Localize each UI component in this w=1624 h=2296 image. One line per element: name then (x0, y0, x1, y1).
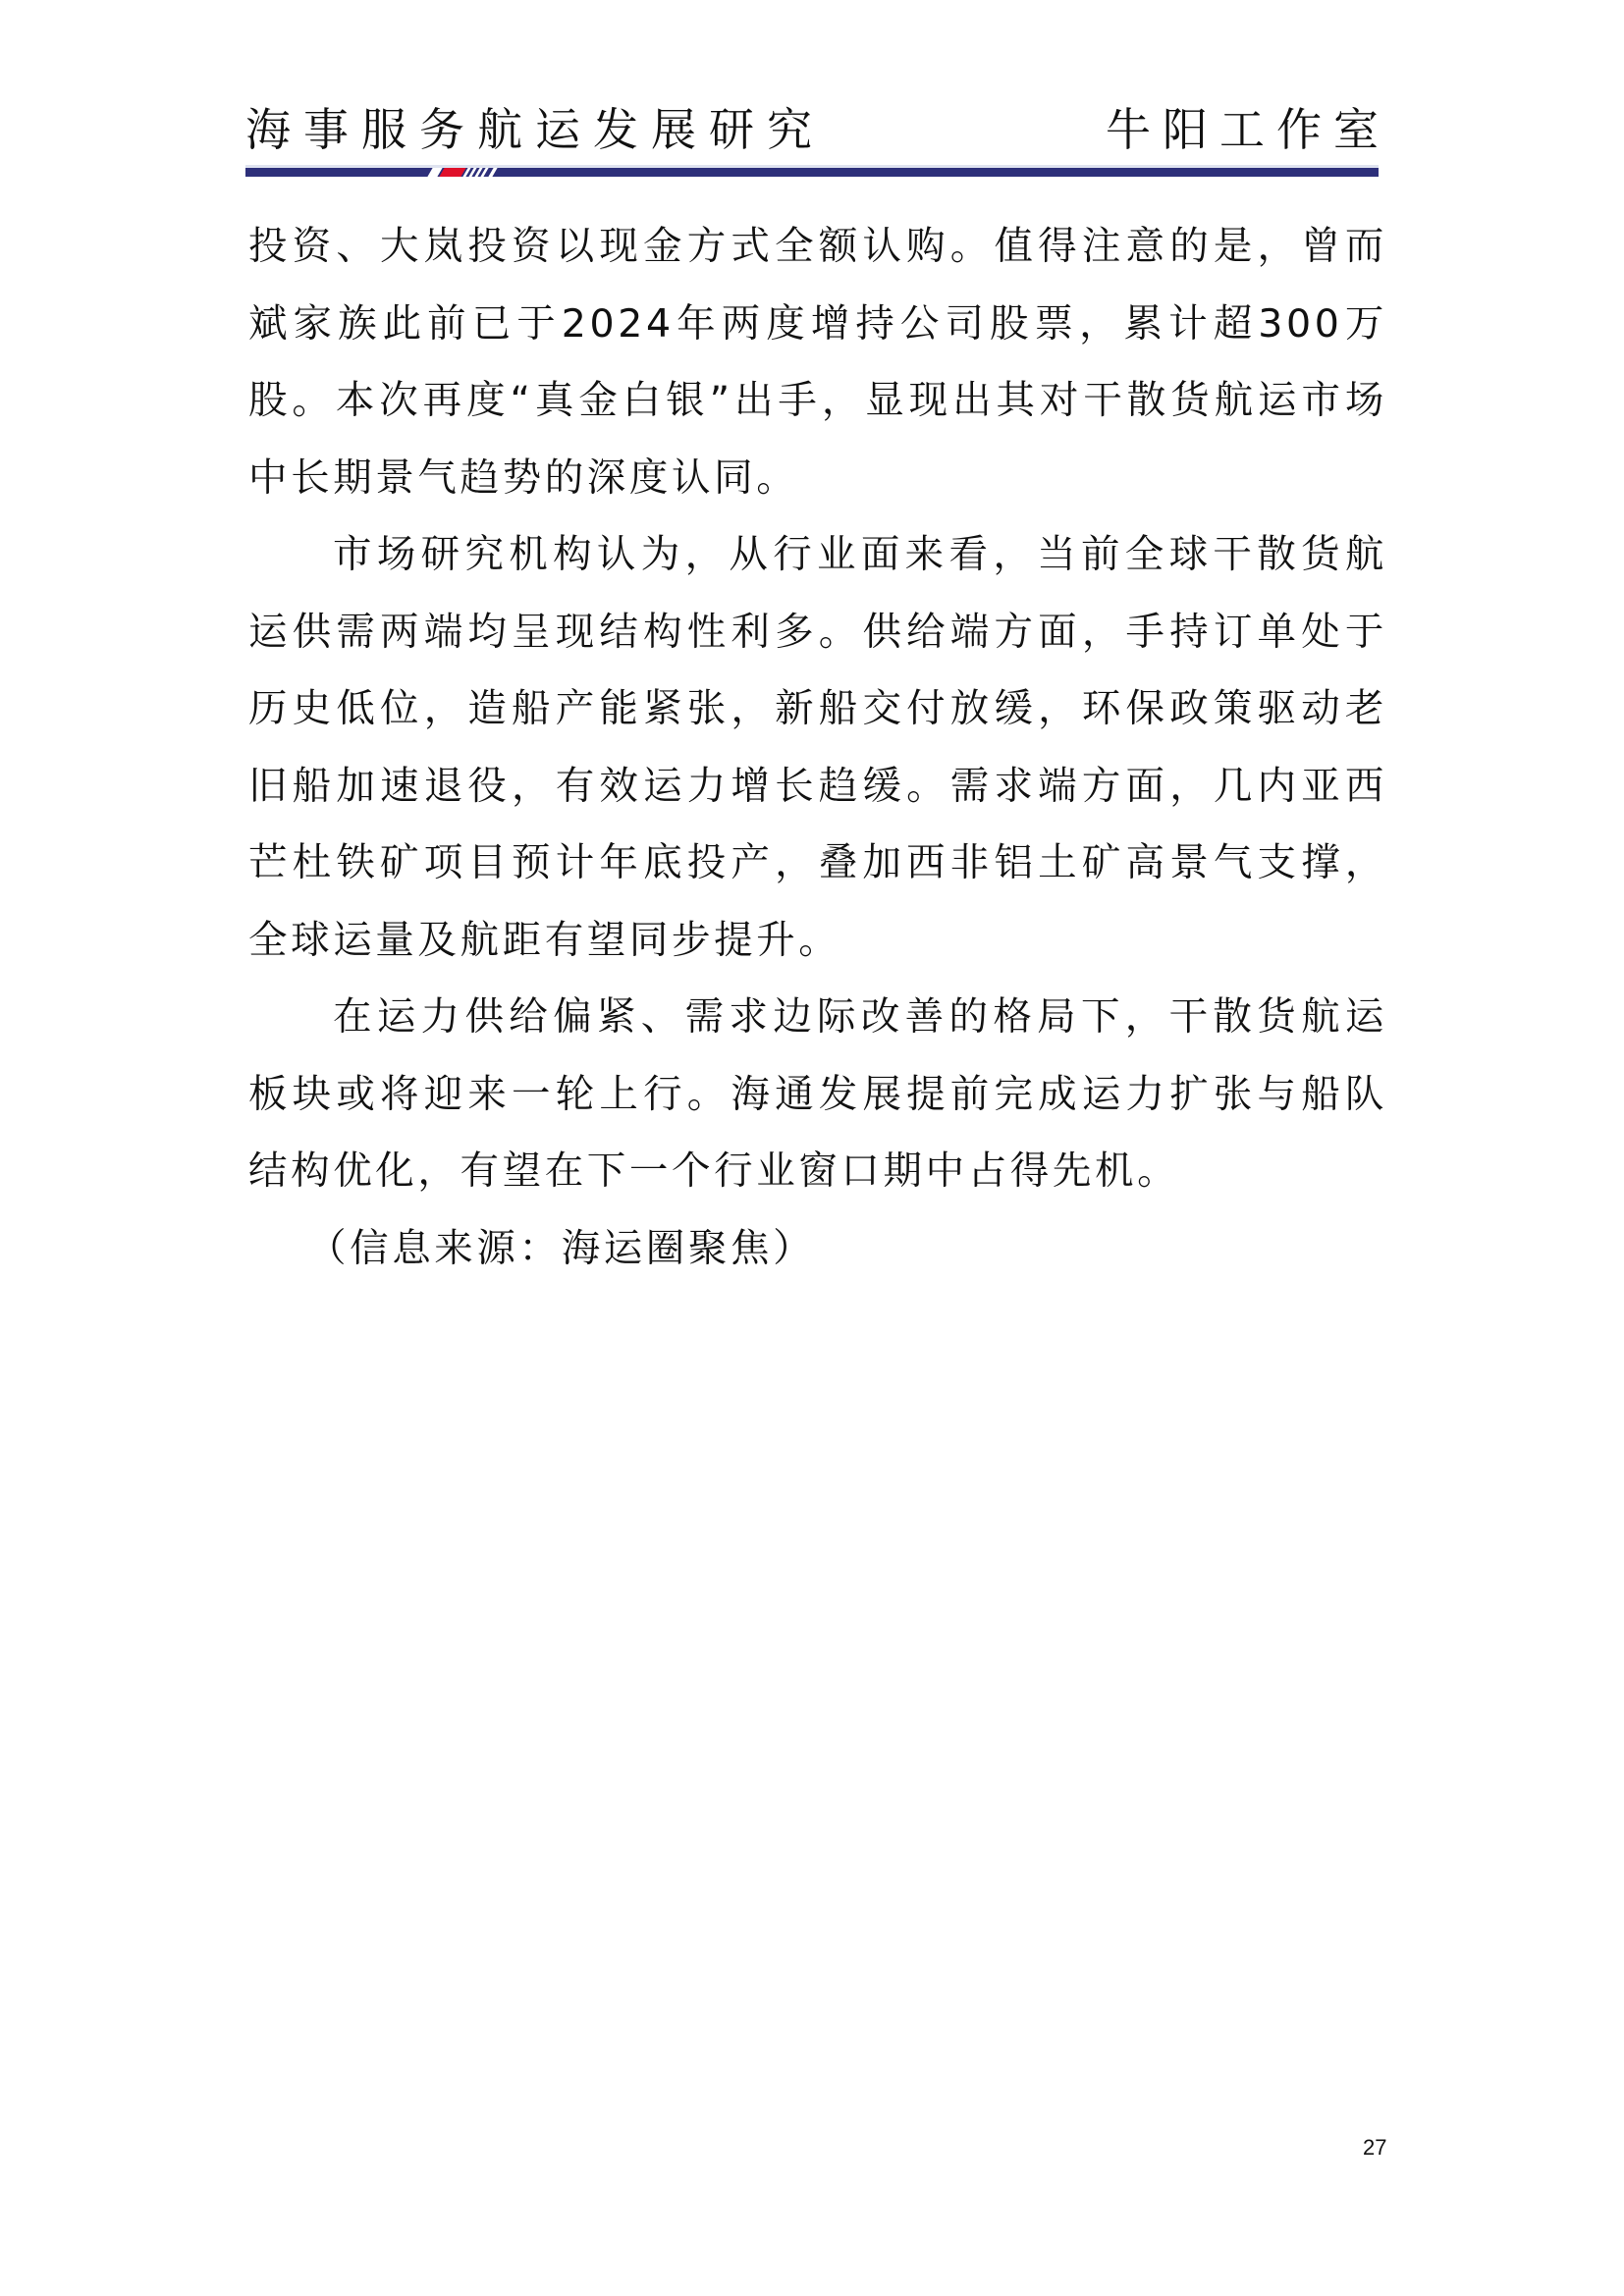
paragraph-2: 市场研究机构认为，从行业面来看，当前全球干散货航运供需两端均呈现结构性利多。供给… (248, 516, 1387, 979)
source-attribution: （信息来源：海运圈聚焦） (248, 1210, 1387, 1288)
page-header-text: 海事服务航运发展研究 牛阳工作室 (245, 98, 1379, 157)
header-rule-stripe-gap (488, 168, 497, 177)
header-rule-red-accent (439, 168, 465, 177)
header-title: 海事服务航运发展研究 (245, 102, 825, 157)
header-studio-name: 牛阳工作室 (1106, 102, 1390, 157)
page-number: 27 (1363, 2135, 1386, 2161)
header-rule (245, 168, 1379, 177)
article-body: 投资、大岚投资以现金方式全额认购。值得注意的是，曾而斌家族此前已于2024年两度… (248, 208, 1387, 1287)
paragraph-1: 投资、大岚投资以现金方式全额认购。值得注意的是，曾而斌家族此前已于2024年两度… (248, 208, 1387, 516)
paragraph-3: 在运力供给偏紧、需求边际改善的格局下，干散货航运板块或将迎来一轮上行。海通发展提… (248, 979, 1387, 1210)
